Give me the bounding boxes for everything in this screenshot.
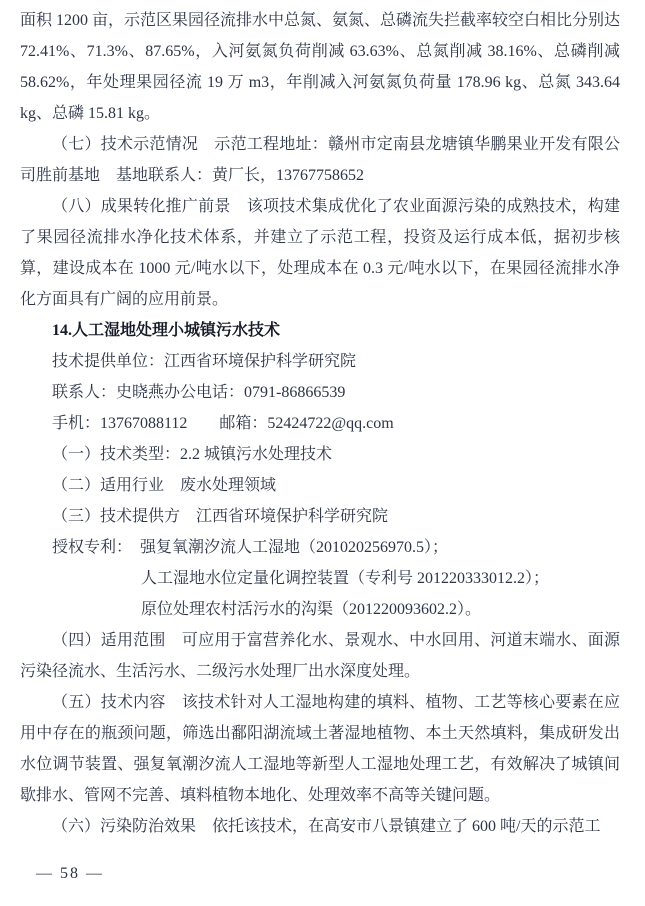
para-8-promotion-prospect: （八）成果转化推广前景 该项技术集成优化了农业面源污染的成熟技术，构建了果园径流… — [20, 191, 620, 315]
para-7-demonstration: （七）技术示范情况 示范工程地址：赣州市定南县龙塘镇华鹏果业开发有限公司胜前基地… — [20, 129, 620, 191]
para-6-pollution-effect: （六）污染防治效果 依托该技术，在高安市八景镇建立了 600 吨/天的示范工 — [20, 811, 620, 842]
line-patent-3: 原位处理农村活污水的沟渠（201220093602.2）。 — [141, 594, 620, 625]
line-3-tech-provider: （三）技术提供方 江西省环境保护科学研究院 — [20, 501, 620, 532]
line-provider-unit: 技术提供单位：江西省环境保护科学研究院 — [20, 346, 620, 377]
document-page: 面积 1200 亩，示范区果园径流排水中总氮、氨氮、总磷流失拦截率较空白相比分别… — [0, 0, 645, 906]
line-contact-person: 联系人：史晓燕办公电话：0791-86866539 — [20, 377, 620, 408]
line-1-tech-type: （一）技术类型：2.2 城镇污水处理技术 — [20, 439, 620, 470]
section-heading-14: 14.人工湿地处理小城镇污水技术 — [20, 315, 620, 346]
line-patents-authorized: 授权专利： 强复氧潮汐流人工湿地（201020256970.5）； — [20, 532, 620, 563]
para-4-application-scope: （四）适用范围 可应用于富营养化水、景观水、中水回用、河道末端水、面源污染径流水… — [20, 625, 620, 687]
line-2-industry: （二）适用行业 废水处理领域 — [20, 470, 620, 501]
page-number: — 58 — — [36, 858, 104, 889]
line-phone-email: 手机：13767088112 邮箱：52424722@qq.com — [20, 408, 620, 439]
line-patent-2: 人工湿地水位定量化调控装置（专利号 201220333012.2）； — [141, 563, 620, 594]
para-runoff-effect-continued: 面积 1200 亩，示范区果园径流排水中总氮、氨氮、总磷流失拦截率较空白相比分别… — [20, 5, 620, 129]
para-5-tech-content: （五）技术内容 该技术针对人工湿地构建的填料、植物、工艺等核心要素在应用中存在的… — [20, 687, 620, 811]
